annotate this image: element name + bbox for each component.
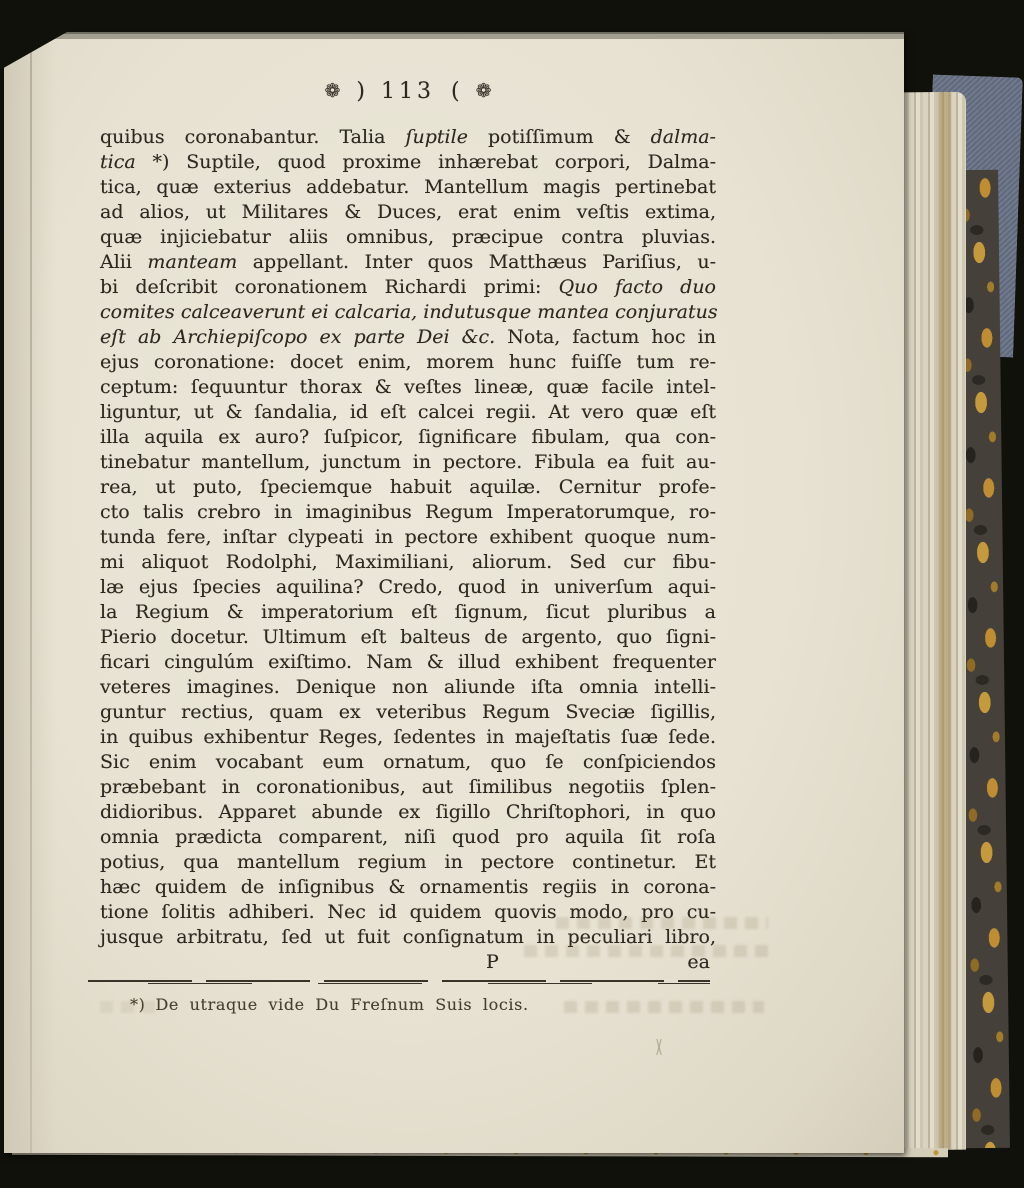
text-line: Sic enim vocabant eum ornatum, quo ſe co… <box>100 750 716 775</box>
text-line: ceptum: ſequuntur thorax & veſtes lineæ,… <box>100 375 716 400</box>
text-line: præbebant in coronationibus, aut ſimilib… <box>100 775 716 800</box>
page-header: ❁)113(❁ <box>100 79 716 104</box>
text-line: hæc quidem de inſignibus & ornamentis re… <box>100 875 716 900</box>
text-line: Alii manteam appellant. Inter quos Matth… <box>100 250 716 275</box>
fleuron-ornament-left-icon: ❁ <box>324 80 340 102</box>
folio-number: 113 <box>381 79 435 104</box>
text-line: mi aliquot Rodolphi, Maximiliani, alioru… <box>100 550 716 575</box>
text-line: eſt ab Archiepiſcopo ex parte Dei &c. No… <box>100 325 716 350</box>
pen-mark <box>650 1039 668 1055</box>
text-line: liguntur, ut & ſandalia, id eſt calcei r… <box>100 400 716 425</box>
footnote-rule <box>88 980 710 984</box>
text-line: rea, ut puto, ſpeciemque habuit aquilæ. … <box>100 475 716 500</box>
book-photograph: { "document": { "header": { "ornament_le… <box>0 0 1024 1188</box>
show-through-smudge <box>524 945 774 957</box>
text-line: cto talis crebro in imaginibus Regum Imp… <box>100 500 716 525</box>
text-line: ficari cingulúm exiſtimo. Nam & illud ex… <box>100 650 716 675</box>
footnote-text: De utraque vide Du Freſnum Suis locis. <box>155 995 528 1014</box>
gutter-fold-line <box>30 39 32 1153</box>
text-line: quæ injiciebatur aliis omnibus, præcipue… <box>100 225 716 250</box>
text-line: la Regium & imperatorium eſt ſignum, ſic… <box>100 600 716 625</box>
text-line: illa aquila ex auro? ſuſpicor, ſignifica… <box>100 425 716 450</box>
fleuron-ornament-right-icon: ❁ <box>476 80 492 102</box>
text-line: in quibus exhibentur Reges, ſedentes in … <box>100 725 716 750</box>
folio-open-bracket: ) <box>356 79 365 104</box>
signature-mark: P <box>486 950 499 975</box>
text-line: tica *) Suptile, quod proxime inhærebat … <box>100 150 716 175</box>
text-line: veteres imagines. Denique non aliunde iſ… <box>100 675 716 700</box>
text-line: tica, quæ exterius addebatur. Mantellum … <box>100 175 716 200</box>
page-stack-fore-edge <box>902 92 966 1150</box>
body-text: quibus coronabantur. Talia ſuptile potiſ… <box>100 125 716 975</box>
text-line: omnia prædicta comparent, niſi quod pro … <box>100 825 716 850</box>
text-line: comites calceaverunt ei calcaria, indutu… <box>100 300 716 325</box>
text-line: bi deſcribit coronationem Richardi primi… <box>100 275 716 300</box>
text-line: ad alios, ut Militares & Duces, erat eni… <box>100 200 716 225</box>
text-line: quibus coronabantur. Talia ſuptile potiſ… <box>100 125 716 150</box>
text-line: guntur rectius, quam ex veteribus Regum … <box>100 700 716 725</box>
text-line: Pierio docetur. Ultimum eſt balteus de a… <box>100 625 716 650</box>
show-through-smudge <box>100 1001 160 1013</box>
book-page: ❁)113(❁ quibus coronabantur. Talia ſupti… <box>4 34 904 1153</box>
folio-close-bracket: ( <box>451 79 460 104</box>
text-line: potius, qua mantellum regium in pectore … <box>100 850 716 875</box>
text-line: tinebatur mantellum, junctum in pectore.… <box>100 450 716 475</box>
text-line: ejus coronatione: docet enim, morem hunc… <box>100 350 716 375</box>
show-through-smudge <box>564 1001 764 1013</box>
text-line: didioribus. Apparet abunde ex ſigillo Ch… <box>100 800 716 825</box>
text-line: tunda fere, inſtar clypeati in pectore e… <box>100 525 716 550</box>
show-through-smudge <box>556 917 768 929</box>
text-line: læ ejus ſpecies aquilina? Credo, quod in… <box>100 575 716 600</box>
